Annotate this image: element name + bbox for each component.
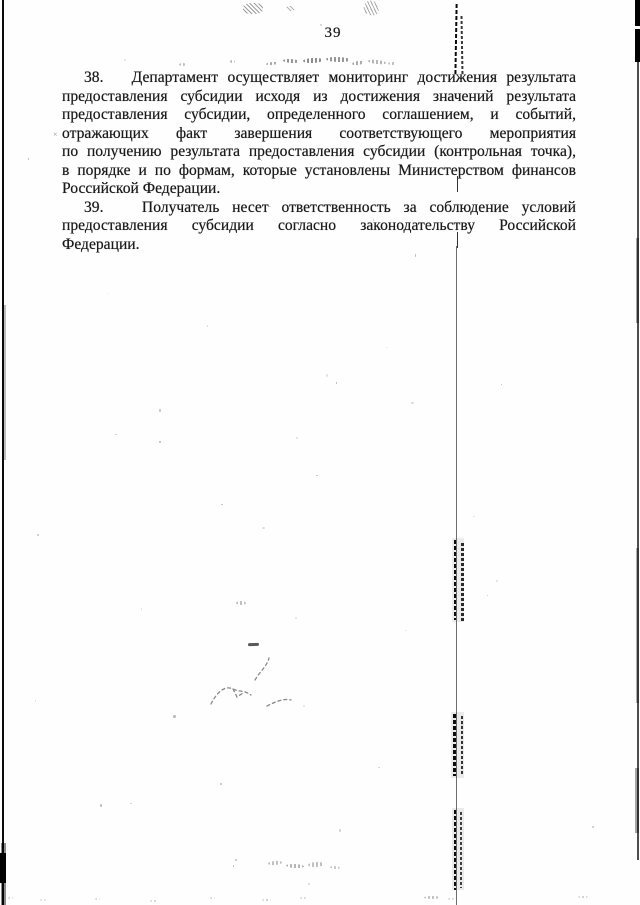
scan-speck (386, 347, 387, 348)
scan-speck (296, 437, 298, 439)
scan-right-edge-shadow (636, 548, 639, 703)
ink-smudge (95, 898, 100, 900)
scan-fold-rough-segment (454, 540, 456, 620)
paragraph-39-line-2: предоставления субсидии согласно законод… (62, 217, 576, 236)
scan-right-edge-bar (635, 29, 640, 62)
paragraph-38-line-4: отражающих факт завершения соответствующ… (62, 125, 576, 144)
scan-left-edge-shadow (2, 305, 6, 460)
ink-smudge (283, 58, 299, 63)
scan-speck (35, 700, 37, 701)
scan-speck (501, 384, 502, 385)
ink-smudge (236, 601, 246, 605)
scan-speck (221, 504, 223, 505)
scan-speck (303, 705, 305, 707)
scanned-document-page: 39 38. Департамент осуществляет монитори… (0, 0, 640, 905)
scan-fold-rough-segment (460, 812, 462, 888)
scan-speck (405, 630, 406, 631)
scan-fold-rough-segment (461, 543, 464, 621)
scan-speck (107, 293, 108, 294)
scan-fold-line-top (460, 16, 463, 76)
ink-smudge (268, 860, 282, 865)
scan-fold-line-main (456, 246, 457, 905)
paragraph-38-line-5: по получению результата предоставления с… (62, 143, 576, 162)
scan-speck (592, 826, 594, 828)
ink-smudge (262, 899, 271, 901)
document-text: 38. Департамент осуществляет мониторинг … (62, 69, 576, 254)
ink-smudge (230, 60, 235, 63)
scan-speck (461, 723, 463, 726)
ink-smudge (362, 0, 381, 17)
ink-smudge (308, 861, 324, 867)
paragraph-38-line-7: Российской Федерации. (62, 180, 576, 199)
scan-speck (124, 59, 126, 61)
ink-smudge (179, 63, 186, 66)
ink-smudge (40, 899, 46, 901)
ink-smudge (266, 61, 278, 65)
scan-speck (262, 527, 264, 529)
scan-speck (28, 158, 30, 159)
scan-speck (37, 534, 39, 537)
scan-speck (233, 865, 234, 867)
scan-left-edge-line (2, 0, 4, 905)
scan-speck (316, 475, 317, 476)
pencil-mark: × (53, 130, 58, 139)
scan-speck (415, 254, 417, 256)
scan-speck (295, 617, 298, 619)
scan-speck (487, 595, 489, 596)
scan-fold-smudge-halo (452, 538, 464, 622)
ink-smudge (243, 3, 263, 14)
ink-smudge (352, 60, 364, 66)
scan-speck (326, 374, 329, 377)
scan-speck (336, 382, 338, 384)
paragraph-38-line-1: 38. Департамент осуществляет мониторинг … (62, 69, 576, 88)
ink-smudge (210, 897, 215, 899)
scan-fold-smudge-halo (451, 712, 464, 778)
pencil-squiggle (203, 652, 313, 718)
ink-smudge (286, 6, 295, 11)
paragraph-38-line-2: предоставления субсидии исходя из достиж… (62, 88, 576, 107)
scan-speck (220, 783, 222, 785)
ink-smudge (286, 864, 304, 869)
page-number: 39 (318, 25, 348, 42)
scan-speck (173, 715, 176, 718)
scan-speck (473, 516, 476, 518)
scan-speck (411, 402, 414, 404)
scan-speck (130, 803, 132, 805)
paragraph-38-line-6: в порядке и по формам, которые установле… (62, 162, 576, 181)
scan-speck (308, 883, 310, 885)
scan-speck (207, 325, 209, 328)
ink-dash (248, 643, 259, 646)
ink-smudge (303, 57, 323, 63)
paragraph-38-line-3: предоставления субсидии, определенного с… (62, 106, 576, 125)
ink-smudge (368, 59, 386, 65)
scan-speck (141, 608, 142, 609)
ink-smudge (424, 896, 440, 899)
scan-speck (496, 580, 498, 582)
ink-smudge (8, 897, 13, 899)
scan-speck (100, 804, 102, 807)
scan-fold-rough-segment (454, 810, 456, 890)
scan-right-edge-shadow (635, 768, 639, 833)
ink-smudge (150, 900, 157, 902)
scan-fold-rough-segment (461, 716, 463, 776)
scan-right-edge-bar (635, 0, 640, 26)
scan-right-edge-line (637, 62, 639, 860)
scan-fold-rough-segment (453, 714, 456, 776)
paragraph-39-line-3: Федерации. (62, 236, 576, 255)
paragraph-39-line-1: 39. Получатель несет ответственность за … (62, 199, 576, 218)
scan-right-edge-shadow (636, 238, 639, 323)
scan-speck (339, 829, 342, 832)
scan-left-edge-shadow (1, 843, 6, 905)
scan-speck (115, 434, 117, 435)
ink-smudge (300, 897, 306, 899)
ink-smudge (388, 62, 396, 65)
scan-speck (378, 767, 380, 769)
scan-fold-line-top (454, 4, 457, 76)
ink-smudge (330, 866, 340, 870)
ink-smudge (578, 896, 588, 898)
scan-speck (235, 859, 237, 861)
scan-left-edge-blot (0, 853, 6, 883)
scan-speck (159, 409, 161, 411)
ink-smudge (326, 57, 350, 63)
scan-fold-smudge-halo (452, 808, 464, 890)
scan-speck (159, 441, 161, 443)
ink-smudge (448, 898, 454, 900)
